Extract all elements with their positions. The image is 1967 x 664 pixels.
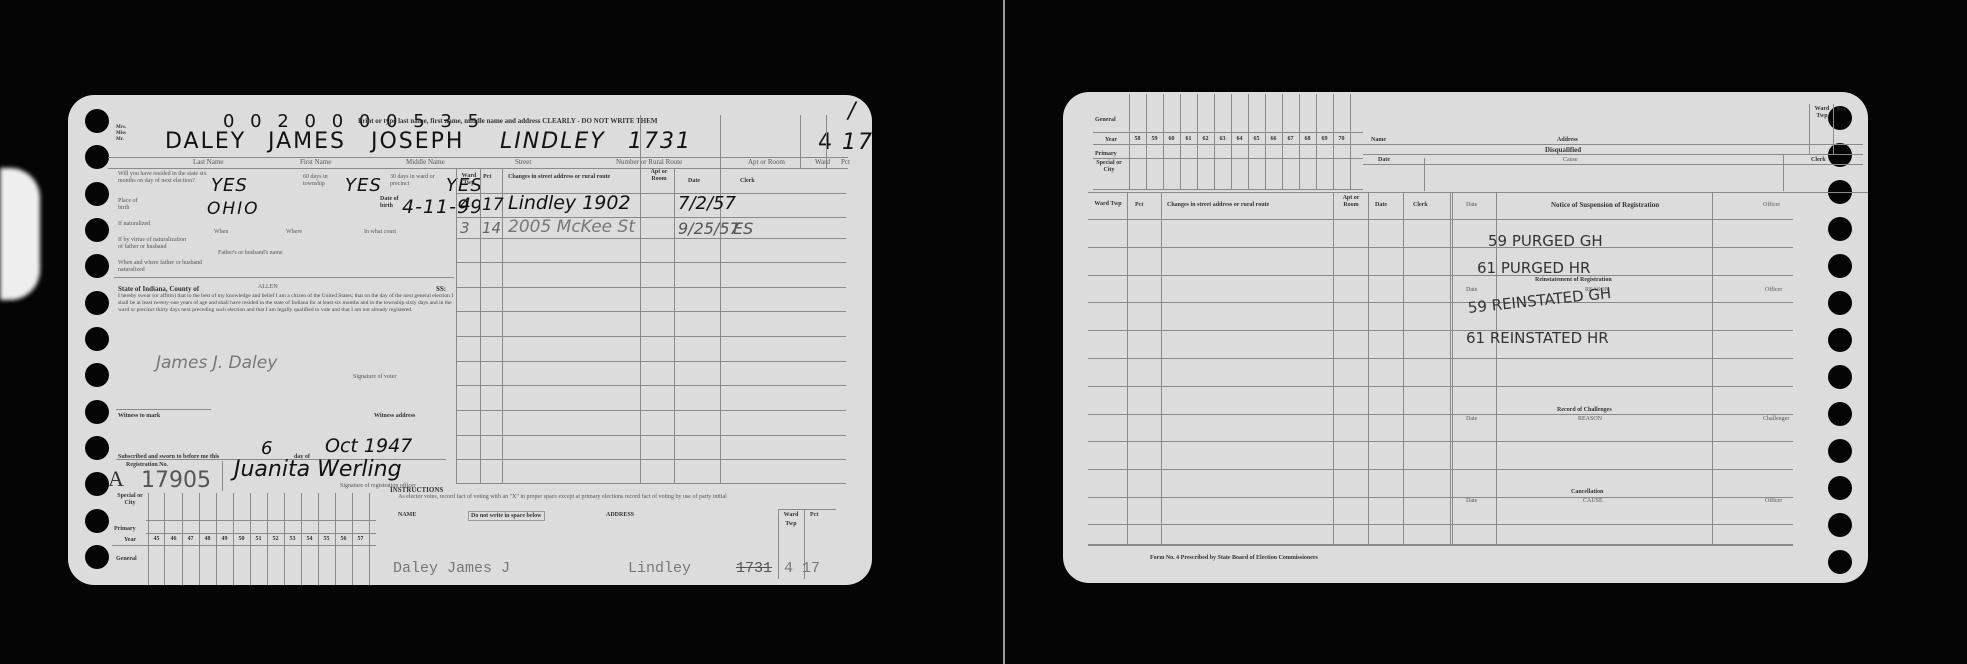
punch-hole	[85, 291, 109, 315]
changes-header-pct: Pct	[483, 173, 491, 181]
label-cause: Cause	[1563, 156, 1578, 164]
punch-hole	[1828, 513, 1852, 537]
challenges-header-reason: REASON	[1578, 415, 1602, 423]
changes2-header-clerk: Clerk	[1413, 201, 1428, 209]
punch-hole	[85, 327, 109, 351]
label-naturalized-court: In what court	[364, 228, 396, 236]
vr2-year: 62	[1198, 136, 1213, 142]
place-of-birth: OHIO	[207, 199, 260, 219]
vr-label-year: Year	[124, 536, 136, 544]
label-address: ADDRESS	[606, 511, 634, 519]
county-value: ALLEN	[258, 283, 278, 291]
punch-hole	[1828, 365, 1852, 389]
instructions-text: As elector votes, record fact of voting …	[398, 494, 788, 501]
reinstatement-stamp: 61 REINSTATED HR	[1466, 329, 1609, 347]
label-pct-bottom: Pct	[810, 511, 818, 519]
punch-hole	[85, 545, 109, 569]
punch-hole	[1828, 402, 1852, 426]
cancellation-header-date: Date	[1466, 497, 1477, 505]
suspension-header-notice: Notice of Suspension of Registration	[1551, 201, 1659, 209]
punch-hole	[1828, 291, 1852, 315]
label-number: Number or Rural Route	[616, 158, 682, 166]
punch-hole	[1828, 254, 1852, 278]
label-pct: Pct	[1837, 106, 1845, 114]
suspension-stamp: 61 PURGED HR	[1477, 259, 1590, 277]
vr-year: 50	[234, 536, 249, 542]
registration-card-front: 0 0 2 0 0 0 0 5 3 5 Print or type last n…	[68, 95, 872, 585]
punch-hole	[85, 182, 109, 206]
subscribed-day: 6	[261, 438, 272, 459]
typed-ward-pct: 4 17	[784, 560, 820, 577]
label-ss: SS:	[436, 285, 446, 293]
vr2-year: 67	[1283, 136, 1298, 142]
vr-year: 51	[251, 536, 266, 542]
form-footer: Form No. 4 Prescribed by State Board of …	[1150, 554, 1318, 562]
label-if-naturalized: If naturalized	[118, 221, 158, 228]
changes2-header-apt: Apt or Room	[1336, 195, 1366, 209]
vr-year: 45	[149, 536, 164, 542]
suspension-header-officer: Officer	[1763, 201, 1780, 209]
vr-year: 47	[183, 536, 198, 542]
punch-hole	[1828, 328, 1852, 352]
registration-card-back: General Year Primary Special or City 58 …	[1063, 92, 1868, 583]
corner-mark: /	[848, 99, 855, 124]
changes-header-apt: Apt or Room	[646, 169, 672, 183]
label-disqualified: Disqualified	[1545, 146, 1581, 154]
challenges-title: Record of Challenges	[1557, 406, 1612, 414]
registration-letter: A	[108, 466, 124, 492]
typed-name: Daley James J	[393, 560, 510, 577]
label-witness-address: Witness address	[374, 412, 415, 420]
date-of-birth: 4-11-99	[402, 196, 483, 218]
township-value: YES	[345, 175, 382, 196]
label-by-virtue: If by virtue of naturalization of father…	[118, 237, 188, 251]
punch-hole	[1828, 550, 1852, 574]
vr-year: 52	[268, 536, 283, 542]
punch-hole	[1828, 476, 1852, 500]
reinstatement-title: Reinstatement of Registration	[1535, 276, 1612, 284]
last-name: DALEY	[165, 129, 246, 154]
registration-officer-signature: Juanita Werling	[234, 457, 402, 482]
label-witness-mark: Witness to mark	[118, 412, 160, 420]
punch-hole	[1828, 217, 1852, 241]
vr-year: 56	[336, 536, 351, 542]
vr-label-general: General	[116, 555, 137, 563]
background-artifact	[0, 168, 40, 300]
vr-year: 54	[302, 536, 317, 542]
frame-divider	[1003, 0, 1005, 664]
vr2-label-special: Special or City	[1095, 160, 1123, 174]
vr2-year: 68	[1300, 136, 1315, 142]
changes-header-address: Changes in street address or rural route	[508, 173, 610, 181]
vr2-year: 58	[1130, 136, 1145, 142]
label-ward-twp: Ward Twp	[1811, 106, 1833, 120]
house-number: 1731	[628, 129, 692, 154]
instructions-title: INSTRUCTIONS	[390, 486, 443, 494]
label-ward-twp: Ward Twp	[780, 511, 802, 529]
print-instruction: Print or type last name, first name, mid…	[358, 117, 657, 125]
punch-hole	[85, 254, 109, 278]
vr-year: 57	[353, 536, 368, 542]
reinstatement-header-date: Date	[1466, 286, 1477, 294]
vr2-year: 59	[1147, 136, 1162, 142]
challenges-header-challenger: Challenger	[1763, 415, 1789, 423]
label-clerk: Clerk	[1811, 156, 1826, 164]
vr2-year: 66	[1266, 136, 1281, 142]
label-when-where: When and where father or husband natural…	[118, 260, 208, 274]
punch-hole	[85, 218, 109, 242]
label-street: Street	[515, 158, 531, 166]
punch-hole	[1828, 439, 1852, 463]
street-name: LINDLEY	[500, 129, 606, 154]
first-name: JAMES	[268, 129, 346, 154]
registration-number: 17905	[141, 468, 211, 493]
suspension-stamp: 59 PURGED GH	[1488, 232, 1603, 250]
label-naturalized-when: When	[214, 228, 228, 236]
label-do-not-write: Do not write in space below	[468, 511, 545, 521]
label-father-name: Father's or husband's name	[218, 249, 283, 257]
label-place-of-birth: Place of birth	[118, 198, 148, 212]
punch-hole	[85, 363, 109, 387]
changes-header-ward: Ward Twp	[458, 173, 480, 187]
vr2-year: 60	[1164, 136, 1179, 142]
typed-number: 1731	[736, 560, 772, 577]
label-naturalized-where: Where	[286, 228, 302, 236]
vr-label-primary: Primary	[114, 525, 136, 533]
label-state-residency: Will you have resided in the state six m…	[118, 171, 208, 185]
vr-label-special: Special or City	[116, 493, 144, 507]
cancellation-header-cause: CAUSE	[1583, 497, 1603, 505]
label-first-name: First Name	[300, 158, 331, 166]
label-last-name: Last Name	[193, 158, 224, 166]
changes2-header-ward: Ward Twp	[1093, 201, 1123, 208]
punch-hole	[85, 436, 109, 460]
vr2-label-general: General	[1095, 116, 1116, 124]
label-name: NAME	[398, 511, 416, 519]
punch-hole	[85, 109, 109, 133]
label-apt: Apt or Room	[748, 158, 785, 166]
vr-year: 55	[319, 536, 334, 542]
label-name: Name	[1371, 136, 1386, 144]
label-middle-name: Middle Name	[406, 158, 445, 166]
vr2-year: 65	[1249, 136, 1264, 142]
cancellation-title: Cancellation	[1571, 488, 1603, 496]
voter-signature: James J. Daley	[156, 353, 277, 373]
reinstatement-header-officer: Officer	[1765, 286, 1782, 294]
changes-header-date: Date	[688, 177, 700, 185]
reinstatement-stamp: 59 REINSTATED GH	[1467, 284, 1612, 317]
middle-name: JOSEPH	[371, 129, 464, 154]
title-prefix: Mrs. Miss Mr.	[116, 125, 134, 143]
label-township: 60 days in township	[303, 174, 343, 188]
precinct-number: 17	[842, 130, 872, 155]
label-voter-signature: Signature of voter	[353, 373, 396, 381]
vr2-year: 64	[1232, 136, 1247, 142]
label-address: Address	[1557, 136, 1578, 144]
punch-hole	[85, 509, 109, 533]
label-state-county: State of Indiana, County of	[118, 285, 199, 293]
state-residency-value: YES	[211, 175, 248, 196]
suspension-header-date: Date	[1466, 201, 1477, 209]
cancellation-header-officer: Officer	[1765, 497, 1782, 505]
label-ward-residency: 30 days in ward or precinct	[390, 174, 445, 188]
punch-hole	[85, 400, 109, 424]
vr2-year: 63	[1215, 136, 1230, 142]
punch-hole	[85, 472, 109, 496]
vr2-label-year: Year	[1105, 136, 1117, 144]
vr2-year: 61	[1181, 136, 1196, 142]
punch-hole	[85, 145, 109, 169]
label-date: Date	[1378, 156, 1390, 164]
label-ward: Ward	[815, 158, 830, 166]
changes2-header-address: Changes in street address or rural route	[1167, 201, 1269, 209]
vr2-year: 69	[1317, 136, 1332, 142]
vr2-year: 70	[1334, 136, 1349, 142]
subscribed-month-year: Oct 1947	[325, 435, 412, 457]
oath-text: I hereby swear (or affirm) that to the b…	[118, 293, 454, 314]
changes2-header-date: Date	[1375, 201, 1387, 209]
label-pct: Pct	[841, 158, 850, 166]
changes2-header-pct: Pct	[1135, 201, 1143, 209]
challenges-header-date: Date	[1466, 415, 1477, 423]
typed-street: Lindley	[628, 560, 691, 577]
vr-year: 48	[200, 536, 215, 542]
vr2-label-primary: Primary	[1095, 150, 1117, 158]
changes-header-clerk: Clerk	[740, 177, 755, 185]
vr-year: 53	[285, 536, 300, 542]
vr-year: 49	[217, 536, 232, 542]
vr-year: 46	[166, 536, 181, 542]
